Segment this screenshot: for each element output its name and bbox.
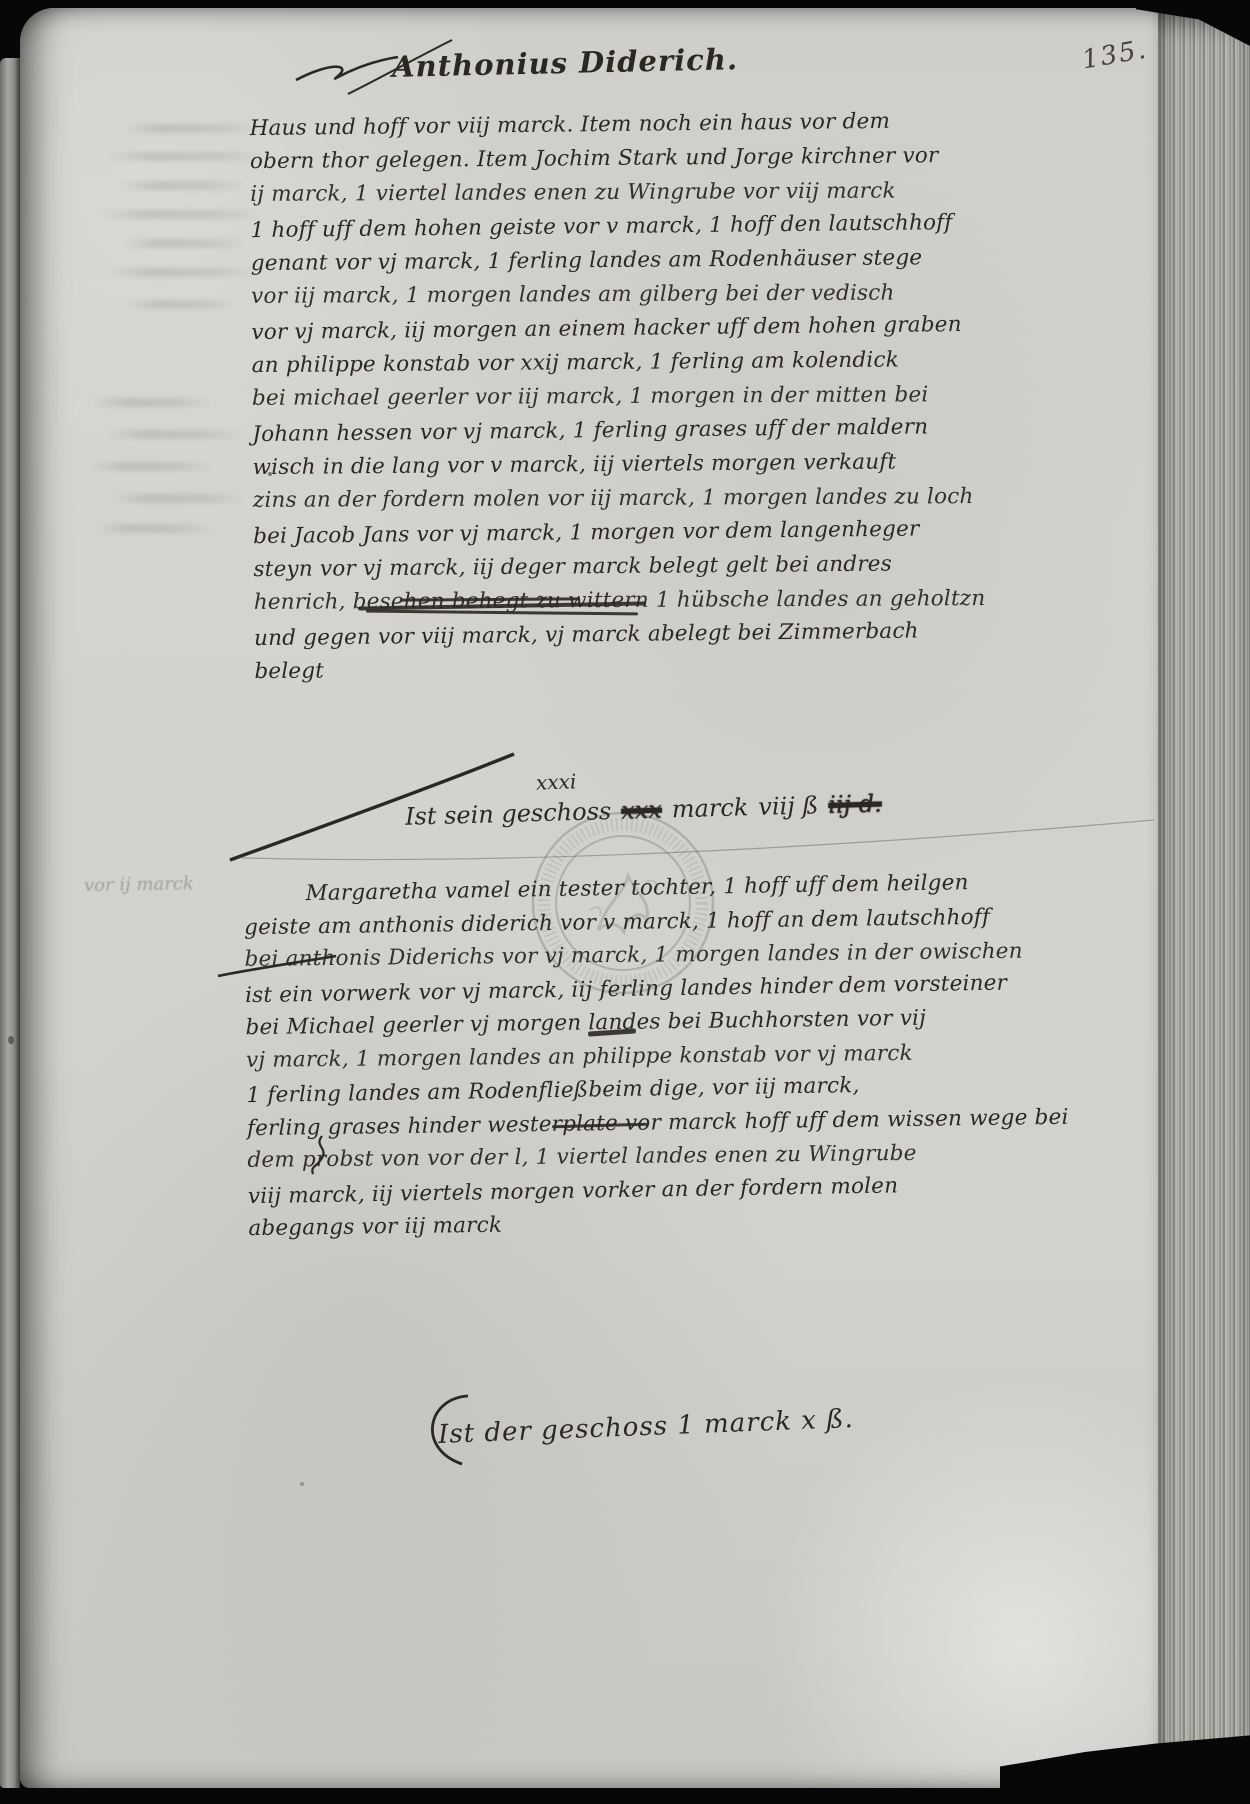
ink-speck xyxy=(268,472,272,476)
manuscript-line: an philippe konstab vor xxij marck, 1 fe… xyxy=(252,343,970,383)
summary1-shillings: viij ß xyxy=(758,791,819,821)
summary1-unit: marck xyxy=(671,793,748,823)
summary1-prefix: Ist sein geschoss xyxy=(405,797,612,831)
margin-note: vor ij marck xyxy=(84,873,194,896)
manuscript-line: steyn vor vj marck, iij deger marck bele… xyxy=(253,547,971,587)
manuscript-line: obern thor gelegen. Item Jochim Stark un… xyxy=(250,139,968,179)
summary1-struck-tail: iij d. xyxy=(828,789,882,818)
manuscript-line: wisch in die lang vor v marck, iij viert… xyxy=(252,445,970,485)
summary1-struck-value: xxx xyxy=(621,796,662,825)
summary1-inserted-correction: xxxi xyxy=(536,769,577,794)
ink-speck xyxy=(300,1482,304,1486)
ink-speck xyxy=(8,1036,14,1044)
facing-page-edge xyxy=(0,58,20,1788)
manuscript-line: genant vor vj marck, 1 ferling landes am… xyxy=(251,241,969,281)
manuscript-scan: Anthonius Diderich. 135. Haus und hoff v… xyxy=(0,0,1250,1804)
book-fore-edge-pages xyxy=(1158,12,1250,1780)
entry2-text-block: Margaretha vamel ein tester tochter, 1 h… xyxy=(243,867,992,1246)
manuscript-line: belegt xyxy=(254,649,972,689)
